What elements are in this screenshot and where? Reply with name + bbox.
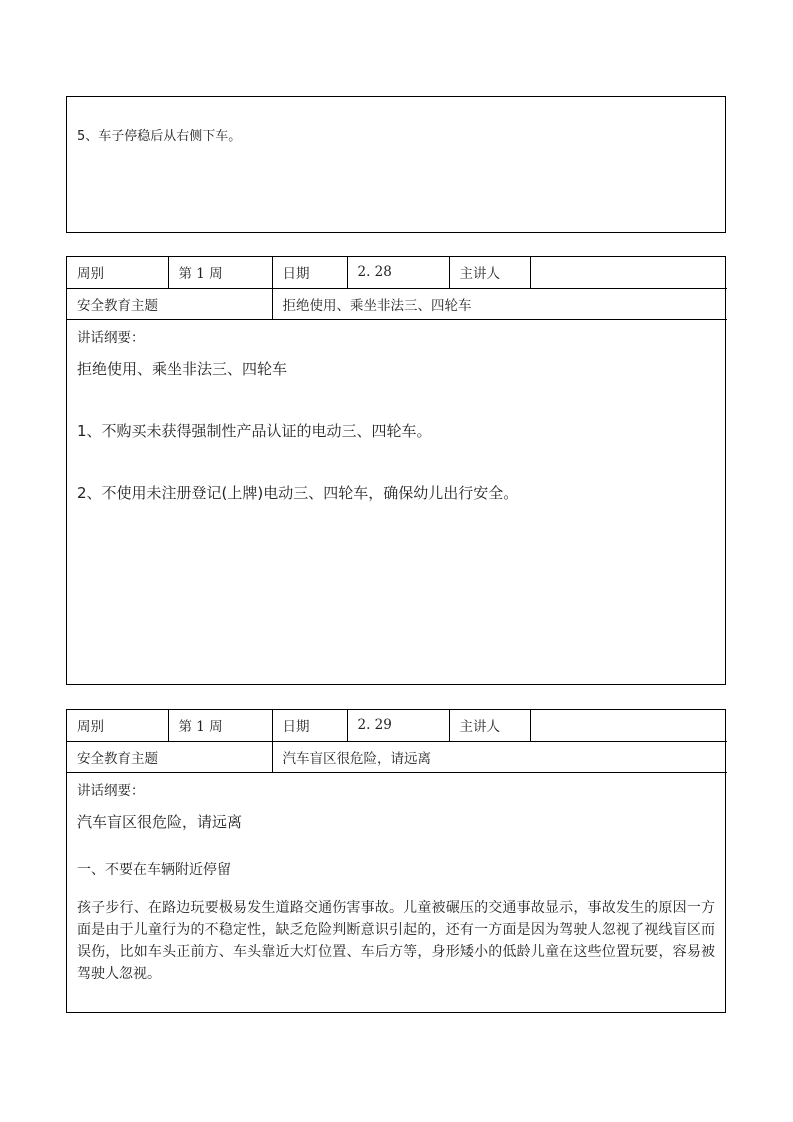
week-value: 第 1 周 — [168, 257, 272, 288]
outline-label: 讲话纲要： — [77, 779, 715, 803]
week-value: 第 1 周 — [168, 710, 272, 741]
session-header-2: 周别 第 1 周 日期 2. 29 主讲人 安全教育主题 汽车盲区很危险，请远离 — [67, 710, 727, 773]
topic-value: 拒绝使用、乘坐非法三、四轮车 — [272, 288, 727, 319]
outline-point-2: 2、不使用未注册登记(上牌)电动三、四轮车，确保幼儿出行安全。 — [77, 482, 715, 504]
session-table-2: 周别 第 1 周 日期 2. 29 主讲人 安全教育主题 汽车盲区很危险，请远离… — [66, 709, 726, 1013]
continuation-text: 5、车子停稳后从右侧下车。 — [77, 125, 241, 144]
outline-section: 讲话纲要： 汽车盲区很危险，请远离 一、不要在车辆附近停留 孩子步行、在路边玩要… — [67, 773, 725, 985]
section-heading: 一、不要在车辆附近停留 — [77, 859, 715, 881]
speaker-value — [530, 257, 727, 288]
session-info-row: 周别 第 1 周 日期 2. 28 主讲人 — [67, 257, 727, 288]
outline-point-1: 1、不购买未获得强制性产品认证的电动三、四轮车。 — [77, 420, 715, 442]
topic-label: 安全教育主题 — [67, 288, 272, 319]
outline-title: 汽车盲区很危险，请远离 — [77, 811, 715, 833]
date-value: 2. 29 — [347, 710, 449, 741]
session-table-1: 周别 第 1 周 日期 2. 28 主讲人 安全教育主题 拒绝使用、乘坐非法三、… — [66, 256, 726, 685]
topic-label: 安全教育主题 — [67, 741, 272, 772]
session-info-row: 周别 第 1 周 日期 2. 29 主讲人 — [67, 710, 727, 741]
outline-label: 讲话纲要： — [77, 326, 715, 350]
continuation-box: 5、车子停稳后从右侧下车。 — [66, 96, 726, 233]
speaker-value — [530, 710, 727, 741]
date-value: 2. 28 — [347, 257, 449, 288]
outline-section: 讲话纲要： 拒绝使用、乘坐非法三、四轮车 1、不购买未获得强制性产品认证的电动三… — [67, 320, 725, 504]
topic-value: 汽车盲区很危险，请远离 — [272, 741, 727, 772]
date-label: 日期 — [272, 710, 347, 741]
date-label: 日期 — [272, 257, 347, 288]
week-label: 周别 — [67, 257, 168, 288]
section-paragraph: 孩子步行、在路边玩要极易发生道路交通伤害事故。儿童被碾压的交通事故显示，事故发生… — [77, 897, 715, 985]
topic-row: 安全教育主题 拒绝使用、乘坐非法三、四轮车 — [67, 288, 727, 319]
week-label: 周别 — [67, 710, 168, 741]
speaker-label: 主讲人 — [449, 257, 530, 288]
outline-title: 拒绝使用、乘坐非法三、四轮车 — [77, 358, 715, 380]
speaker-label: 主讲人 — [449, 710, 530, 741]
topic-row: 安全教育主题 汽车盲区很危险，请远离 — [67, 741, 727, 772]
session-header-1: 周别 第 1 周 日期 2. 28 主讲人 安全教育主题 拒绝使用、乘坐非法三、… — [67, 257, 727, 320]
